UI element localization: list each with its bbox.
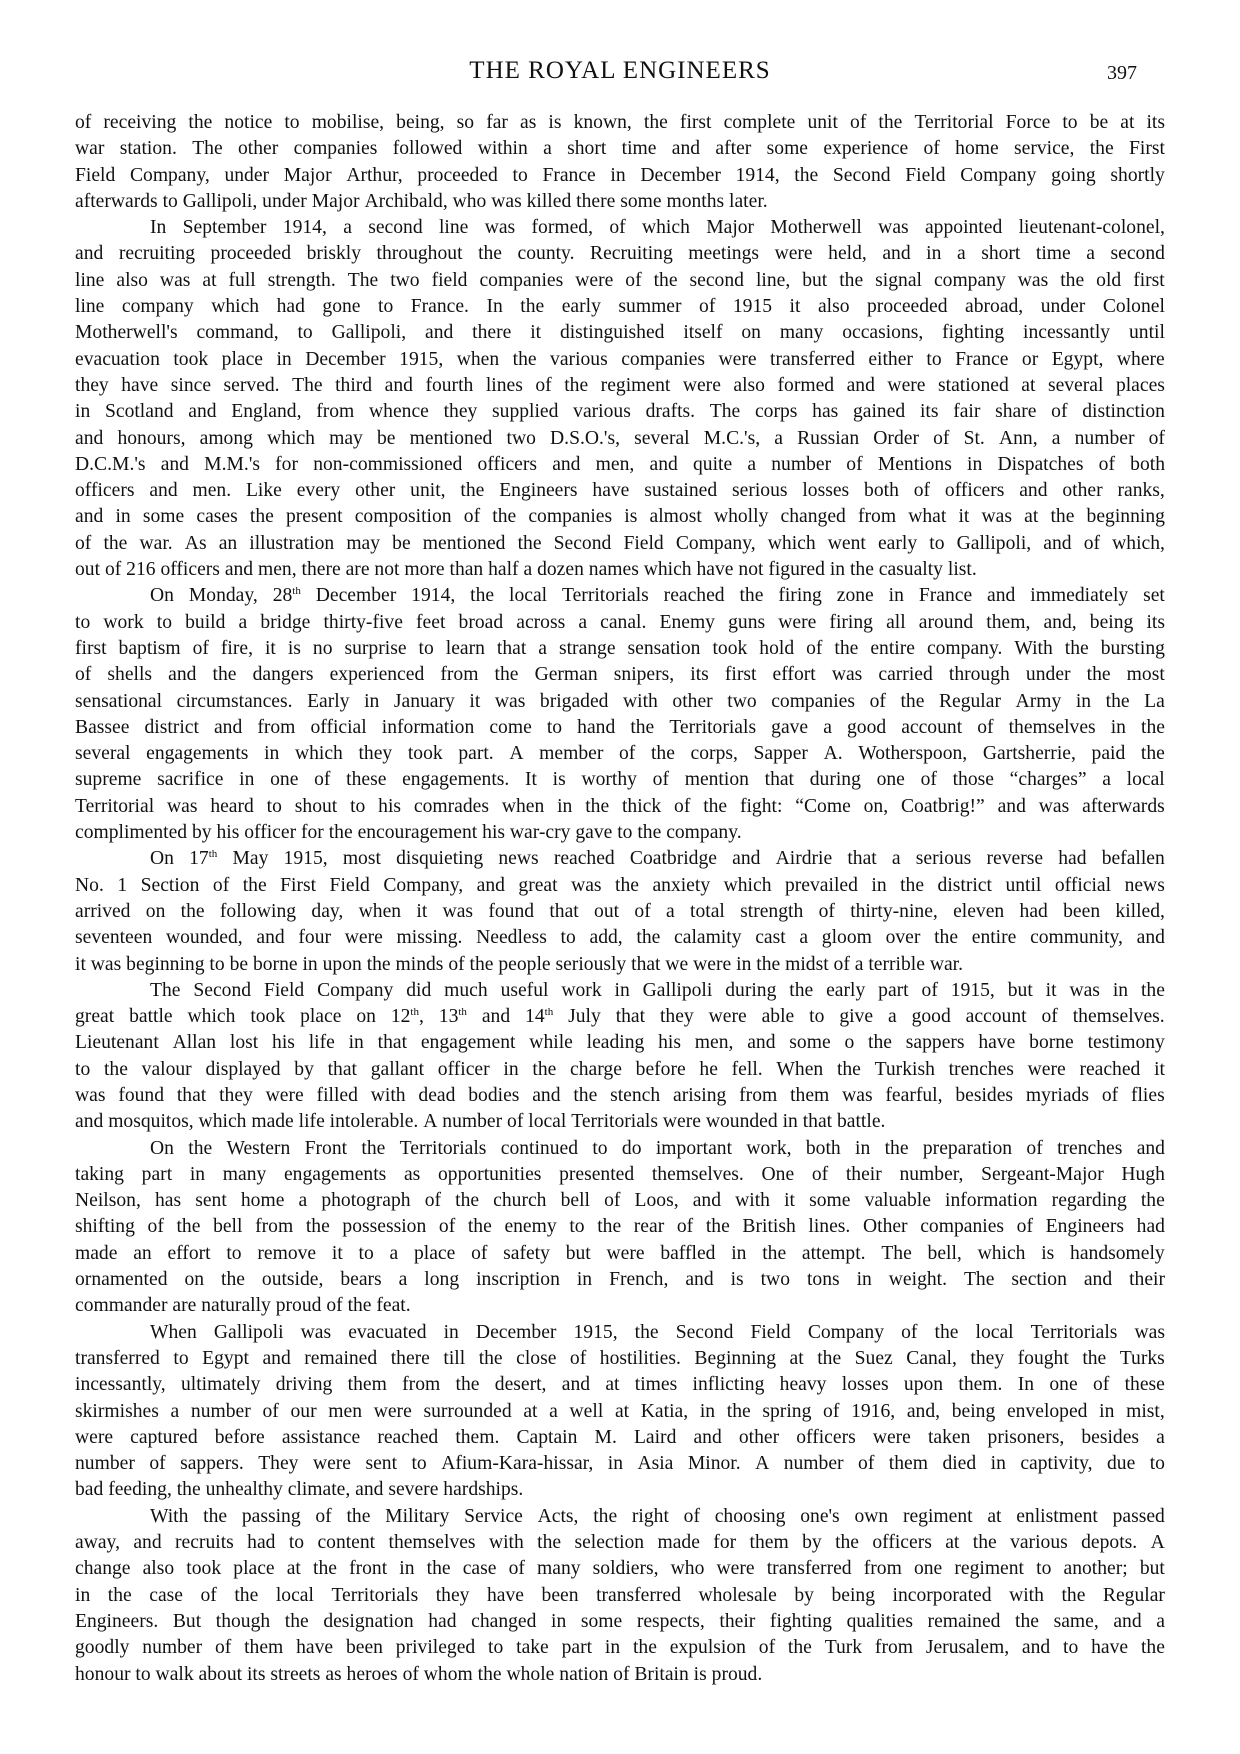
text-line: ofreceivingthenoticetomobilise,being,sof… [75,110,1165,136]
text-line: outof216officersandmen,therearenotmoreth… [75,557,1165,583]
text-line: Territorialwasheardtoshouttohiscomradesw… [75,794,1165,820]
paragraph: WhenGallipoliwasevacuatedinDecember1915,… [75,1320,1165,1504]
text-line: werecapturedbeforeassistancereachedthem.… [75,1425,1165,1451]
text-line: numberofsappers.TheyweresenttoAfium-Kara… [75,1451,1165,1477]
text-line: tothevalourdisplayedbythatgallantofficer… [75,1057,1165,1083]
text-line: badfeeding,theunhealthyclimate,andsevere… [75,1477,1165,1503]
text-line: inScotlandandEngland,fromwhencetheysuppl… [75,399,1165,425]
text-line: arrivedonthefollowingday,whenitwasfoundt… [75,899,1165,925]
paragraph: OntheWesternFronttheTerritorialscontinue… [75,1136,1165,1320]
text-line: evacuationtookplaceinDecember1915,whenth… [75,347,1165,373]
body-text: ofreceivingthenoticetomobilise,being,sof… [75,110,1165,1688]
text-line: incessantly,ultimatelydrivingthemfromthe… [75,1372,1165,1398]
text-line: supremesacrificeinoneoftheseengagements.… [75,767,1165,793]
text-line: toworktobuildabridgethirty-fivefeetbroad… [75,610,1165,636]
running-title: THE ROYAL ENGINEERS [75,54,1165,88]
paragraph: WiththepassingoftheMilitaryServiceActs,t… [75,1504,1165,1688]
text-line: seventeenwounded,andfourweremissing.Need… [75,925,1165,951]
text-line: theyhavesinceserved.Thethirdandfourthlin… [75,373,1165,399]
text-line: andrecruitingproceededbrisklythroughoutt… [75,241,1165,267]
text-line: ornamentedontheoutside,bearsalonginscrip… [75,1267,1165,1293]
text-line: D.C.M.'sandM.M.'sfornon-commissionedoffi… [75,452,1165,478]
text-line: complimentedbyhisofficerfortheencouragem… [75,820,1165,846]
text-line: greatbattlewhichtookplaceon12th,13thand1… [75,1004,1165,1030]
text-line: changealsotookplaceatthefrontinthecaseof… [75,1556,1165,1582]
text-line: ofshellsandthedangersexperiencedfromtheG… [75,662,1165,688]
text-line: takingpartinmanyengagementsasopportuniti… [75,1162,1165,1188]
text-line: WiththepassingoftheMilitaryServiceActs,t… [75,1504,1165,1530]
text-line: andmosquitos,whichmadelifeintolerable.An… [75,1109,1165,1135]
text-line: On17thMay1915,mostdisquietingnewsreached… [75,846,1165,872]
text-line: commanderarenaturallyproudofthefeat. [75,1293,1165,1319]
text-line: linecompanywhichhadgonetoFrance.Intheear… [75,294,1165,320]
text-line: Engineers.Butthoughthedesignationhadchan… [75,1609,1165,1635]
text-line: afterwardstoGallipoli,underMajorArchibal… [75,189,1165,215]
text-line: away,andrecruitshadtocontentthemselveswi… [75,1530,1165,1556]
text-line: OntheWesternFronttheTerritorialscontinue… [75,1136,1165,1162]
text-line: OnMonday,28thDecember1914,thelocalTerrit… [75,583,1165,609]
text-line: officersandmen.Likeeveryotherunit,theEng… [75,478,1165,504]
text-line: sensationalcircumstances.EarlyinJanuaryi… [75,689,1165,715]
page-number: 397 [1107,56,1137,90]
paragraph: OnMonday,28thDecember1914,thelocalTerrit… [75,583,1165,846]
paragraph: ofreceivingthenoticetomobilise,being,sof… [75,110,1165,215]
paragraph: On17thMay1915,mostdisquietingnewsreached… [75,846,1165,977]
text-line: LieutenantAllanlosthislifeinthatengageme… [75,1030,1165,1056]
text-line: andhonours,amongwhichmaybementionedtwoD.… [75,426,1165,452]
page-header: THE ROYAL ENGINEERS 397 [75,54,1165,88]
text-line: Basseedistrictandfromofficialinformation… [75,715,1165,741]
text-line: severalengagementsinwhichtheytookpart.Am… [75,741,1165,767]
text-line: goodlynumberofthemhavebeenprivilegedtota… [75,1635,1165,1661]
text-line: shiftingofthebellfromthepossessionofthee… [75,1214,1165,1240]
text-line: inthecaseofthelocalTerritorialstheyhaveb… [75,1583,1165,1609]
text-line: FieldCompany,underMajorArthur,proceededt… [75,163,1165,189]
text-line: No.1SectionoftheFirstFieldCompany,andgre… [75,873,1165,899]
text-line: skirmishesanumberofourmenweresurroundeda… [75,1399,1165,1425]
text-line: warstation.Theothercompaniesfollowedwith… [75,136,1165,162]
text-line: TheSecondFieldCompanydidmuchusefulworkin… [75,978,1165,1004]
text-line: firstbaptismoffire,itisnosurprisetolearn… [75,636,1165,662]
text-line: wasfoundthattheywerefilledwithdeadbodies… [75,1083,1165,1109]
text-line: WhenGallipoliwasevacuatedinDecember1915,… [75,1320,1165,1346]
paragraph: InSeptember1914,asecondlinewasformed,ofw… [75,215,1165,583]
text-line: InSeptember1914,asecondlinewasformed,ofw… [75,215,1165,241]
text-line: transferredtoEgyptandremainedtheretillth… [75,1346,1165,1372]
text-line: ofthewar.Asanillustrationmaybementionedt… [75,531,1165,557]
text-line: Motherwell'scommand,toGallipoli,andthere… [75,320,1165,346]
text-line: andinsomecasesthepresentcompositionofthe… [75,504,1165,530]
text-line: Neilson,hassenthomeaphotographofthechurc… [75,1188,1165,1214]
text-line: itwasbeginningtobeborneinuponthemindsoft… [75,952,1165,978]
paragraph: TheSecondFieldCompanydidmuchusefulworkin… [75,978,1165,1136]
text-line: linealsowasatfullstrength.Thetwofieldcom… [75,268,1165,294]
text-line: honourtowalkaboutitsstreetsasheroesofwho… [75,1662,1165,1688]
text-line: madeanefforttoremoveittoaplaceofsafetybu… [75,1241,1165,1267]
